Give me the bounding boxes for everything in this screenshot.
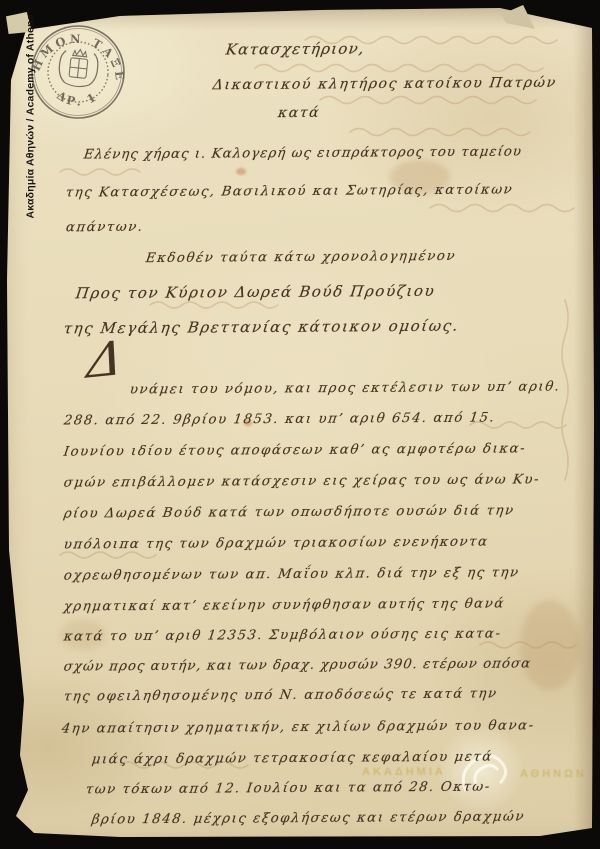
- handwritten-line: της οφειληθησομένης υπό Ν. αποδόσεώς τε …: [63, 686, 499, 704]
- handwritten-line: Δικαστικού κλητήρος κατοίκου Πατρών: [212, 75, 558, 93]
- coat-of-arms-icon: [57, 48, 99, 89]
- handwritten-line: κατά: [277, 105, 321, 121]
- handwritten-line: απάντων.: [65, 220, 145, 236]
- handwritten-line: υνάμει του νόμου, και προς εκτέλεσιν των…: [129, 379, 562, 397]
- ghost-watermark-curl: [446, 736, 516, 806]
- handwritten-line: ρίου Δωρεά Βούδ κατά των οπωσδήποτε ουσώ…: [63, 503, 516, 521]
- handwritten-line: Ελένης χήρας ι. Καλογερή ως εισπράκτορος…: [83, 144, 523, 162]
- handwritten-line: οχρεωθησομένων των απ. Μαΐου κλπ. διά τη…: [63, 565, 521, 583]
- drop-cap: Δ: [84, 334, 126, 385]
- ghost-watermark-text-right: ΑΘΗΝΩΝ: [520, 768, 587, 780]
- handwritten-line: της Κατασχέσεως, Βασιλικού και Σωτηρίας,…: [65, 182, 515, 200]
- scanned-document: ΑΚΑΔΗΜΙΑ ΑΘΗΝΩΝ ΗΜΟΝ ΤΑΞΕΩΣ ΔΡ. 1: [0, 0, 600, 849]
- handwritten-line: κατά το υπ’ αριθ 12353. Συμβόλαιον ούσης…: [63, 626, 503, 644]
- ghost-watermark-text-left: ΑΚΑΔΗΜΙΑ: [362, 766, 446, 778]
- handwritten-line: υπόλοιπα της των δραχμών τριακοσίων ενεν…: [63, 535, 490, 553]
- handwritten-line: χρηματικαί κατ’ εκείνην συνήφθησαν αυτής…: [63, 596, 506, 614]
- archive-watermark-label: Ακαδημία Αθηνών / Academy of Athens: [25, 43, 40, 219]
- handwritten-line: 288. από 22. 9βρίου 1853. και υπ’ αριθ 6…: [63, 410, 497, 428]
- stamp-denomination: ΔΡ. 1: [54, 85, 102, 111]
- handwritten-line: Προς τον Κύριον Δωρεά Βούδ Προύζιου: [75, 282, 437, 303]
- paper-sheet: ΑΚΑΔΗΜΙΑ ΑΘΗΝΩΝ ΗΜΟΝ ΤΑΞΕΩΣ ΔΡ. 1: [0, 0, 600, 849]
- handwritten-line: μιάς άχρι δραχμών τετρακοσίας κεφαλαίου …: [91, 750, 494, 768]
- handwritten-line: των τόκων από 12. Ιουλίου και τα από 28.…: [85, 780, 492, 798]
- handwritten-line: Εκδοθέν ταύτα κάτω χρονολογημένον: [145, 249, 457, 266]
- document-heading: Κατασχετήριον,: [225, 40, 366, 59]
- handwritten-line: βρίου 1848. μέχρις εξοφλήσεως και ετέρων…: [91, 809, 526, 827]
